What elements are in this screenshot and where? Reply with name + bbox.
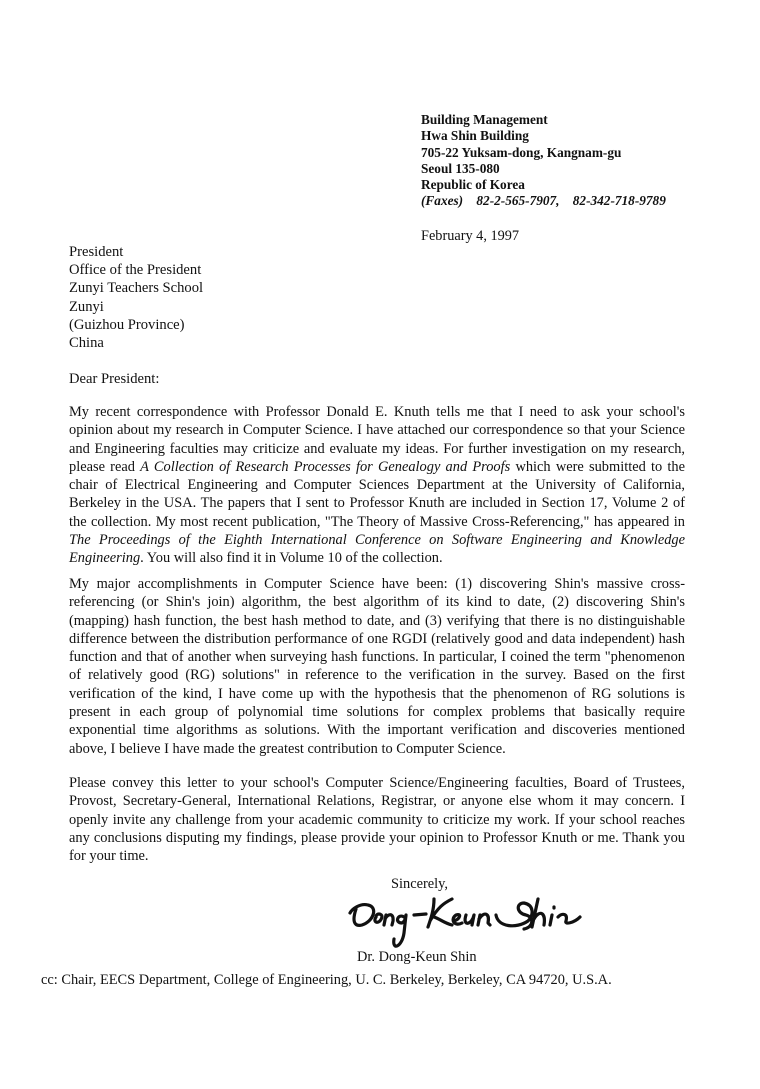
sender-line: Seoul 135-080 — [421, 161, 666, 177]
cc-line: cc: Chair, EECS Department, College of E… — [41, 972, 612, 989]
italic-title: A Collection of Research Processes for G… — [140, 459, 510, 475]
closing: Sincerely, — [391, 876, 448, 893]
body-paragraph-2: My major accomplishments in Computer Sci… — [69, 575, 685, 758]
recipient-line: Office of the President — [69, 261, 203, 279]
sender-line: Republic of Korea — [421, 177, 666, 193]
sender-line: Hwa Shin Building — [421, 128, 666, 144]
recipient-line: President — [69, 243, 203, 261]
sender-address-block: Building Management Hwa Shin Building 70… — [421, 112, 666, 210]
recipient-line: Zunyi Teachers School — [69, 279, 203, 297]
body-paragraph-1: My recent correspondence with Professor … — [69, 403, 685, 568]
recipient-line: China — [69, 334, 203, 352]
text-run: . You will also find it in Volume 10 of … — [140, 550, 442, 566]
recipient-line: (Guizhou Province) — [69, 316, 203, 334]
sender-fax-line: (Faxes) 82-2-565-7907, 82-342-718-9789 — [421, 193, 666, 209]
sender-line: 705-22 Yuksam-dong, Kangnam-gu — [421, 145, 666, 161]
text-run: Please convey this letter to your school… — [69, 775, 685, 864]
body-paragraph-3: Please convey this letter to your school… — [69, 774, 685, 865]
salutation: Dear President: — [69, 371, 159, 388]
signer-name: Dr. Dong-Keun Shin — [357, 949, 477, 966]
letter-date: February 4, 1997 — [421, 228, 519, 245]
recipient-line: Zunyi — [69, 298, 203, 316]
text-run: My major accomplishments in Computer Sci… — [69, 576, 685, 757]
sender-line: Building Management — [421, 112, 666, 128]
recipient-address-block: President Office of the President Zunyi … — [69, 243, 203, 352]
